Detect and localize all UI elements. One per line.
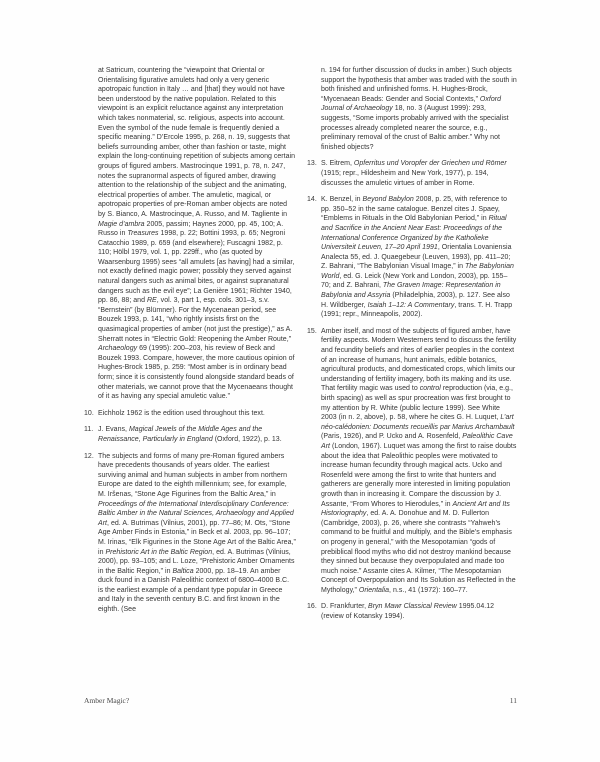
running-footer-title: Amber Magic?	[84, 696, 129, 705]
book-page: at Satricum, countering the “viewpoint t…	[0, 0, 600, 762]
note-continuation-left: at Satricum, countering the “viewpoint t…	[84, 66, 296, 402]
note-text: Eichholz 1962 is the edition used throug…	[98, 410, 265, 417]
note-number: 11.	[84, 425, 93, 435]
note-text: S. Eitrem, Opferritus und Voropfer der G…	[321, 160, 507, 186]
endnote-15: 15. Amber itself, and most of the subjec…	[307, 327, 517, 596]
endnote-12: 12. The subjects and forms of many pre-R…	[84, 452, 296, 615]
note-number: 12.	[84, 452, 94, 462]
note-number: 10.	[84, 409, 94, 419]
note-text: Amber itself, and most of the subjects o…	[321, 328, 516, 594]
note-text: The subjects and forms of many pre-Roman…	[98, 453, 296, 614]
endnotes-columns: at Satricum, countering the “viewpoint t…	[84, 66, 517, 622]
left-column: at Satricum, countering the “viewpoint t…	[84, 66, 296, 622]
endnote-10: 10. Eichholz 1962 is the edition used th…	[84, 409, 296, 419]
note-text: J. Evans, Magical Jewels of the Middle A…	[98, 426, 282, 443]
note-text: D. Frankfurter, Bryn Mawr Classical Revi…	[321, 603, 494, 620]
page-footer: Amber Magic? 11	[84, 696, 517, 705]
endnote-14: 14. K. Benzel, in Beyond Babylon 2008, p…	[307, 195, 517, 320]
page-number: 11	[510, 696, 517, 705]
note-continuation-right: n. 194 for further discussion of ducks i…	[307, 66, 517, 152]
endnote-11: 11. J. Evans, Magical Jewels of the Midd…	[84, 425, 296, 444]
note-number: 14.	[307, 195, 317, 205]
endnote-16: 16. D. Frankfurter, Bryn Mawr Classical …	[307, 602, 517, 621]
endnote-13: 13. S. Eitrem, Opferritus und Voropfer d…	[307, 159, 517, 188]
note-number: 13.	[307, 159, 317, 169]
note-text: K. Benzel, in Beyond Babylon 2008, p. 25…	[321, 196, 514, 318]
note-number: 16.	[307, 602, 317, 612]
note-number: 15.	[307, 327, 317, 337]
right-column: n. 194 for further discussion of ducks i…	[307, 66, 517, 622]
